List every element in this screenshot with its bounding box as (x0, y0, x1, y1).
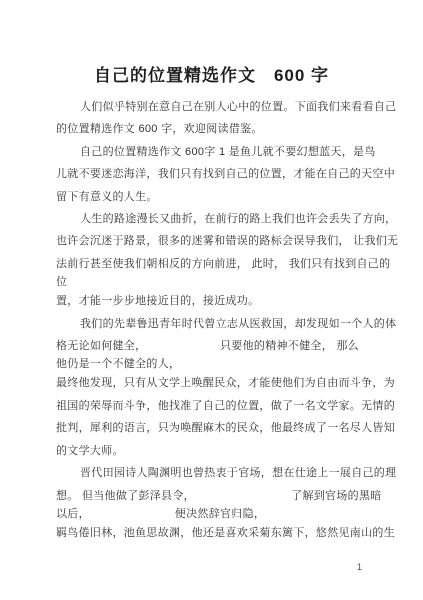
text-line: 法前行甚至使我们朝相反的方向前进， 此时， 我们只有找到自己的 (56, 253, 398, 275)
text-line: 想。 但当他做了彭泽县令， 了解到官场的黑暗 (56, 485, 398, 507)
page-number: 1 (357, 562, 362, 572)
text-line: 格无论如何健全， 只要他的精神不健全， 那么 (56, 335, 398, 357)
text-line: 的位置精选作文 600 字，欢迎阅读借鉴。 (56, 118, 398, 140)
document-page: 自己的位置精选作文 600 字 人们似乎特别在意自己在别人心中的位置。下面我们来… (0, 0, 423, 600)
text-line: 我们的先辈鲁迅青年时代曾立志从医救国，却发现如一个人的体 (56, 313, 398, 335)
text-line: 置，才能一步步地接近目的，接近成功。 (56, 290, 398, 312)
text-line: 晋代田园诗人陶渊明也曾热衷于官场，想在仕途上一展自己的理 (56, 462, 398, 484)
text-line: 儿就不要迷恋海洋，我们只有找到自己的位置，才能在自己的天空中 (56, 163, 398, 185)
text-line: 位 (56, 275, 398, 290)
text-line: 羁鸟倦旧林，池鱼思故渊，他还是喜欢采菊东篱下，悠然见南山的生 (56, 522, 398, 544)
text-line: 批判，犀利的语言，只为唤醒麻木的民众，他最终成了一名尽人皆知 (56, 417, 398, 439)
text-line: 自己的位置精选作文 600字 1 是鱼儿就不要幻想蓝天，是鸟 (56, 141, 398, 163)
document-title: 自己的位置精选作文 600 字 (0, 61, 423, 86)
text-line: 他仍是一个不健全的人， (56, 357, 398, 372)
text-line: 祖国的荣辱而斗争，他找准了自己的位置，做了一名文学家。无情的 (56, 395, 398, 417)
text-line: 最终他发现，只有从文学上唤醒民众，才能使他们为自由而斗争，为 (56, 372, 398, 394)
document-body: 人们似乎特别在意自己在别人心中的位置。下面我们来看看自己的位置精选作文 600 … (56, 96, 398, 544)
text-line: 也许会沉迷于路景，很多的迷雾和错误的路标会误导我们， 让我们无 (56, 230, 398, 252)
text-line: 以后， 便决然辞官归隐， (56, 507, 398, 522)
text-line: 人生的路途漫长又曲折，在前行的路上我们也许会丢失了方向， (56, 208, 398, 230)
text-line: 的文学大师。 (56, 440, 398, 462)
text-line: 留下有意义的人生。 (56, 186, 398, 208)
text-line: 人们似乎特别在意自己在别人心中的位置。下面我们来看看自己 (56, 96, 398, 118)
